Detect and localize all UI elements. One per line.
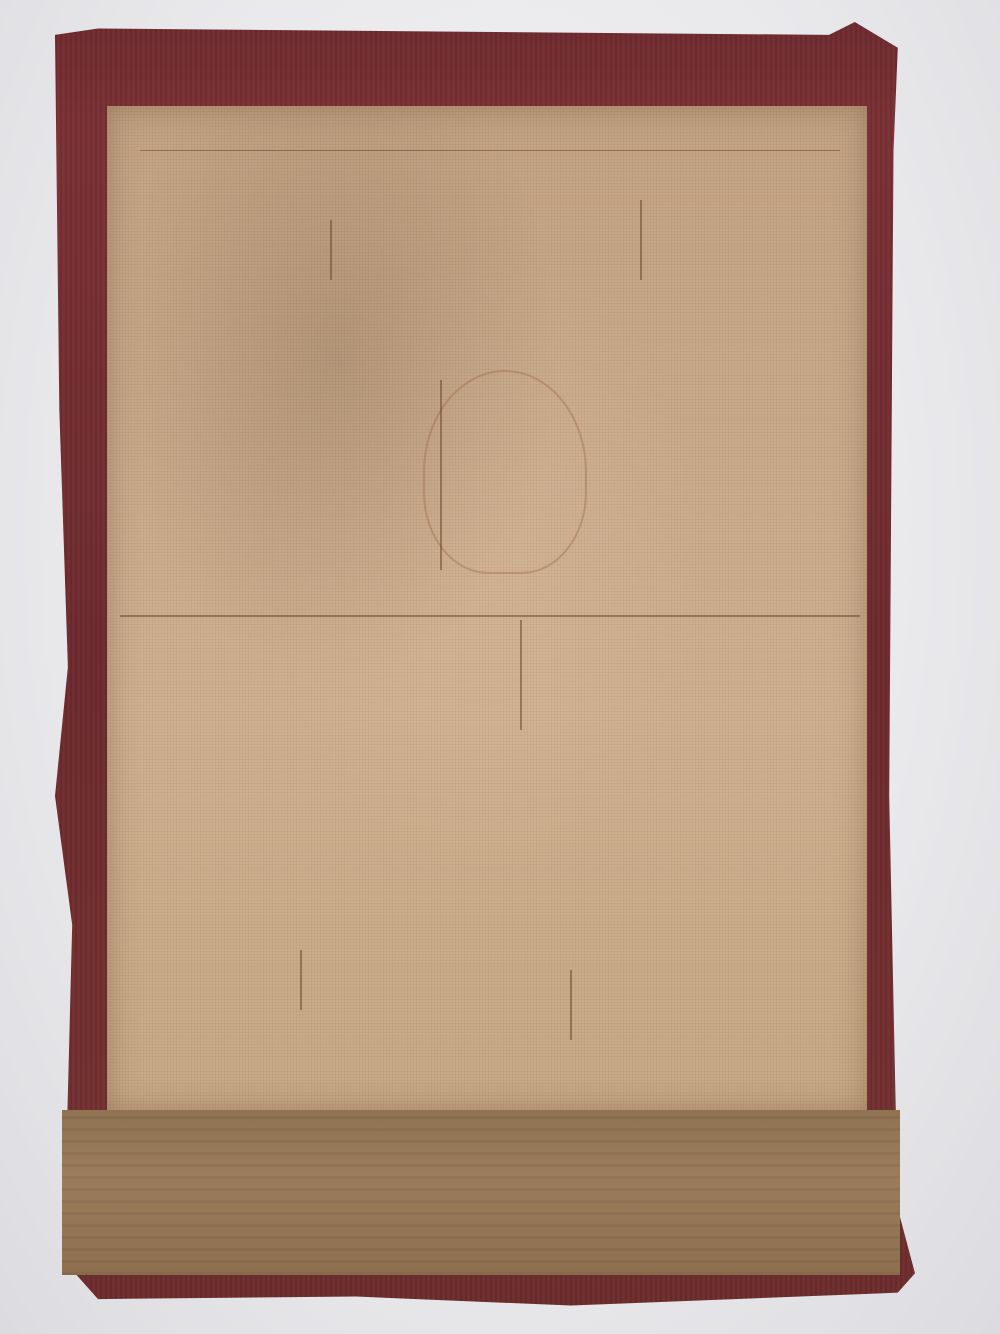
- crease-line: [120, 615, 860, 617]
- textile-photo: [0, 0, 1000, 1334]
- crease-line: [520, 620, 522, 730]
- crease-line: [300, 950, 302, 1010]
- faint-figure-outline: [423, 370, 587, 574]
- crease-line: [330, 220, 332, 280]
- crease-line: [570, 970, 572, 1040]
- textile-canvas: [107, 106, 867, 1111]
- lower-fabric-band: [62, 1110, 900, 1275]
- crease-line: [640, 200, 642, 280]
- crease-line: [140, 150, 840, 151]
- crease-line: [440, 380, 442, 570]
